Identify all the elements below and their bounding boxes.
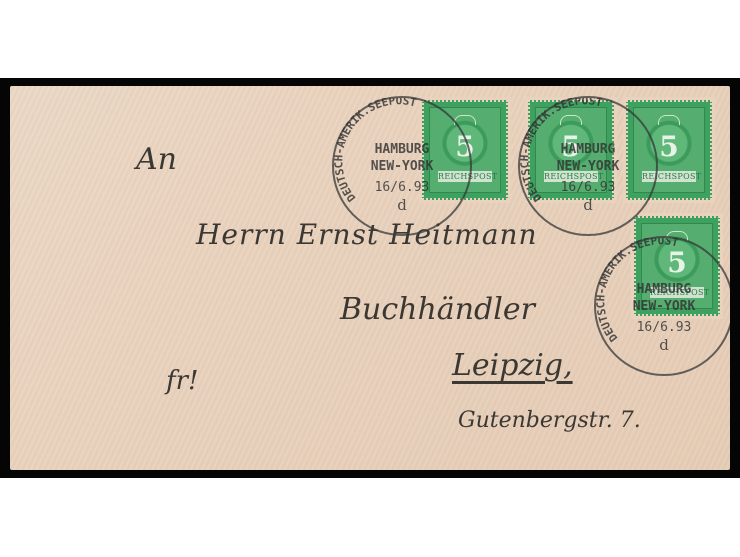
postmark-1: DEUTSCH-AMERIK.SEEPOST HAMBURG NEW-YORK …	[332, 96, 472, 236]
postmark-date: 16/6.93	[520, 180, 656, 195]
address-salutation: An	[136, 142, 177, 177]
postmark-line-hamburg: HAMBURG	[596, 282, 730, 297]
address-street: Gutenbergstr. 7.	[458, 408, 641, 433]
postmark-2: DEUTSCH-AMERIK.SEEPOST HAMBURG NEW-YORK …	[518, 96, 658, 236]
postmark-3: DEUTSCH-AMERIK.SEEPOST HAMBURG NEW-YORK …	[594, 236, 730, 376]
postmark-line-newyork: NEW-YORK	[520, 159, 656, 174]
address-occupation: Buchhändler	[340, 292, 535, 327]
postmark-code: d	[596, 336, 730, 354]
postmark-line-newyork: NEW-YORK	[334, 159, 470, 174]
crown-icon	[658, 115, 680, 125]
address-side-note: fr!	[166, 366, 199, 396]
address-recipient: Herrn Ernst Heitmann	[196, 218, 538, 251]
postmark-line-hamburg: HAMBURG	[520, 142, 656, 157]
postmark-date: 16/6.93	[596, 320, 730, 335]
postmark-line-hamburg: HAMBURG	[334, 142, 470, 157]
postmark-code: d	[520, 196, 656, 214]
postmark-date: 16/6.93	[334, 180, 470, 195]
envelope-cover: 5 REICHSPOST 5 REICHSPOST 5 REICHSPOST 5…	[10, 86, 730, 470]
postmark-code: d	[334, 196, 470, 214]
address-city: Leipzig,	[452, 348, 573, 383]
postmark-line-newyork: NEW-YORK	[596, 299, 730, 314]
